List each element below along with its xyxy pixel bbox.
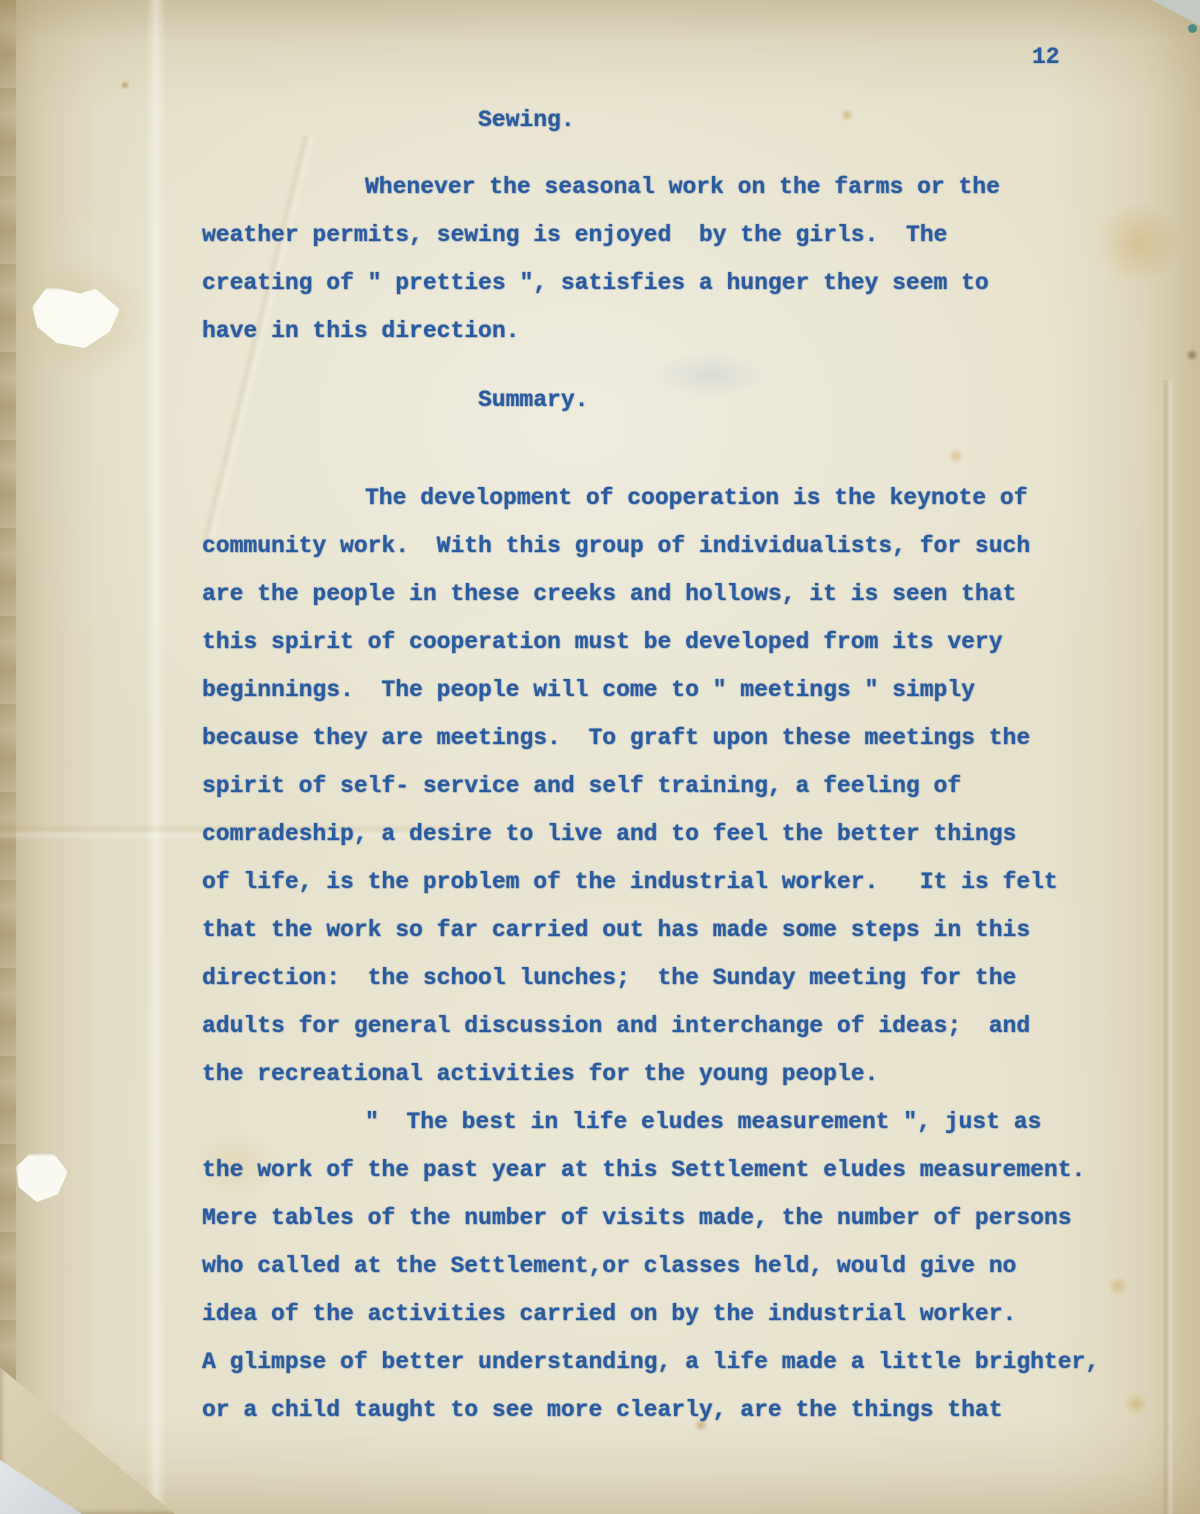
text-line: Whenever the seasonal work on the farms …	[202, 163, 1088, 211]
text-line: spirit of self- service and self trainin…	[202, 762, 1088, 810]
text-line: the recreational activities for the youn…	[202, 1050, 1088, 1098]
text-line: who called at the Settlement,or classes …	[202, 1242, 1088, 1290]
tear-halo	[10, 258, 150, 378]
sewing-paragraph: Whenever the seasonal work on the farms …	[202, 163, 1088, 355]
text-line: beginnings. The people will come to " me…	[202, 666, 1088, 714]
text-line: because they are meetings. To graft upon…	[202, 714, 1088, 762]
text-line: Mere tables of the number of visits made…	[202, 1194, 1088, 1242]
stain	[120, 80, 130, 90]
folded-corner-backing	[0, 1460, 82, 1514]
typed-content: Sewing. Whenever the seasonal work on th…	[202, 96, 1088, 1434]
text-line: have in this direction.	[202, 307, 1088, 355]
vertical-fold-crease	[146, 0, 166, 1514]
typewritten-page-scan: 12 Sewing. Whenever the seasonal work on…	[0, 0, 1200, 1514]
right-crease-line	[1162, 380, 1174, 1514]
text-line: comradeship, a desire to live and to fee…	[202, 810, 1088, 858]
text-line: The development of cooperation is the ke…	[202, 474, 1088, 522]
text-line: the work of the past year at this Settle…	[202, 1146, 1088, 1194]
torn-paper-spot	[16, 1152, 68, 1202]
section-heading-summary: Summary.	[202, 376, 1088, 424]
stain	[1096, 200, 1182, 286]
text-line: of life, is the problem of the industria…	[202, 858, 1088, 906]
text-line: that the work so far carried out has mad…	[202, 906, 1088, 954]
text-line: idea of the activities carried on by the…	[202, 1290, 1088, 1338]
section-heading-sewing: Sewing.	[202, 96, 1088, 144]
page-number: 12	[1032, 44, 1060, 70]
clipped-corner	[1152, 0, 1200, 26]
torn-left-edge	[0, 0, 16, 1514]
text-line: adults for general discussion and interc…	[202, 1002, 1088, 1050]
text-line: " The best in life eludes measurement ",…	[202, 1098, 1088, 1146]
text-line: are the people in these creeks and hollo…	[202, 570, 1088, 618]
stain	[1186, 348, 1198, 362]
text-line: direction: the school lunches; the Sunda…	[202, 954, 1088, 1002]
stain	[1124, 1392, 1148, 1416]
text-line: community work. With this group of indiv…	[202, 522, 1088, 570]
closing-paragraph: " The best in life eludes measurement ",…	[202, 1098, 1088, 1434]
folded-corner	[0, 1358, 175, 1514]
text-line: this spirit of cooperation must be devel…	[202, 618, 1088, 666]
text-line: creating of " pretties ", satisfies a hu…	[202, 259, 1088, 307]
text-line: A glimpse of better understanding, a lif…	[202, 1338, 1088, 1386]
text-line: or a child taught to see more clearly, a…	[202, 1386, 1088, 1434]
summary-paragraph: The development of cooperation is the ke…	[202, 474, 1088, 1098]
torn-paper-spot	[32, 286, 120, 348]
ink-dot	[1188, 24, 1197, 33]
stain	[1108, 1276, 1128, 1296]
text-line: weather permits, sewing is enjoyed by th…	[202, 211, 1088, 259]
